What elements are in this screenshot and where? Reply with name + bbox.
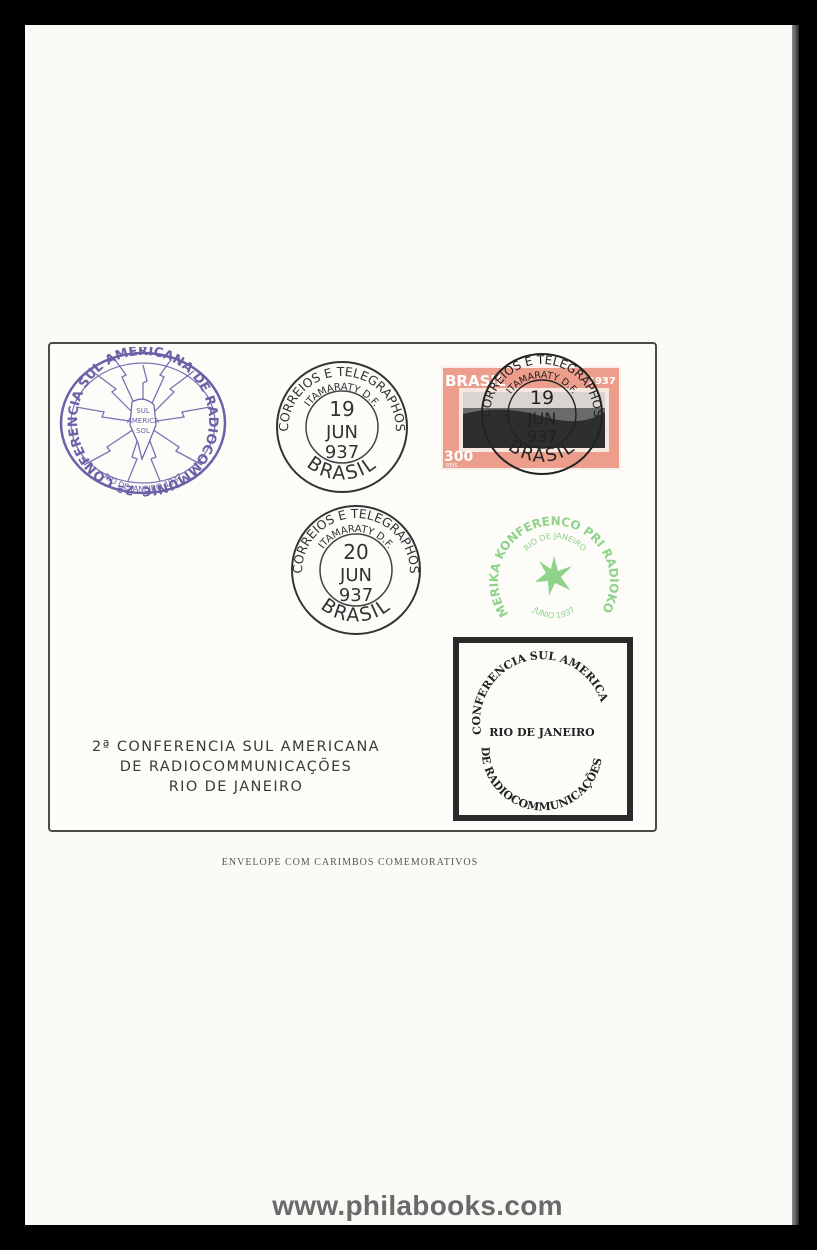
postmark-19-jun: CORREIOS E TELEGRAPHOS ITAMARATY D.F. BR…: [272, 358, 412, 496]
violet-conference-cachet: 2ª CONFERENCIA SUL AMERICANA DE RADIOCOM…: [52, 347, 234, 499]
svg-text:JUN: JUN: [325, 422, 358, 443]
svg-text:19: 19: [530, 387, 554, 409]
cachet-line-2: DE RADIOCOMMUNICAÇÕES: [66, 757, 406, 777]
green-esperanto-cachet: DUA SUDAMERIKA KONFERENCO PRI RADIOKOMUN…: [484, 510, 624, 640]
boxed-conference-cachet: 2ª CONFERENCIA SUL AMERICANA RIO DE JANE…: [452, 636, 634, 822]
svg-text:AMERICA: AMERICA: [127, 417, 159, 425]
cachet-line-1: 2ª CONFERENCIA SUL AMERICANA: [66, 737, 406, 757]
envelope-cachet-text: 2ª CONFERENCIA SUL AMERICANA DE RADIOCOM…: [66, 737, 406, 797]
svg-text:937: 937: [325, 442, 359, 463]
postmark-20-jun: CORREIOS E TELEGRAPHOS ITAMARATY D.F. BR…: [286, 502, 426, 638]
svg-text:RÉIS: RÉIS: [446, 461, 457, 469]
svg-text:937: 937: [339, 585, 373, 606]
svg-text:RIO DE JANEIRO: RIO DE JANEIRO: [522, 531, 588, 553]
svg-text:SUL: SUL: [136, 407, 150, 415]
cachet-line-3: RIO DE JANEIRO: [66, 777, 406, 797]
svg-text:JUN: JUN: [527, 409, 556, 428]
svg-text:19: 19: [329, 397, 354, 421]
svg-text:20: 20: [343, 540, 368, 564]
svg-text:937: 937: [527, 427, 558, 446]
svg-text:JUNIO 1937: JUNIO 1937: [531, 605, 577, 621]
svg-text:2ª CONFERENCIA SUL AMERICANA: 2ª CONFERENCIA SUL AMERICANA: [452, 636, 611, 736]
green-star-icon: [535, 556, 572, 596]
svg-text:DE RADIOCOMMUNICAÇÕES: DE RADIOCOMMUNICAÇÕES: [479, 747, 605, 814]
stamp-cancellation-postmark: CORREIOS E TELEGRAPHOS ITAMARATY D.F. BR…: [472, 352, 612, 476]
page-edge-shadow: [792, 25, 799, 1225]
svg-text:RIO DE JANEIRO: RIO DE JANEIRO: [489, 726, 595, 739]
figure-caption: ENVELOPE COM CARIMBOS COMEMORATIVOS: [180, 857, 520, 868]
watermark-url: www.philabooks.com: [0, 1190, 817, 1222]
svg-text:SOL: SOL: [136, 427, 150, 435]
svg-text:JUN: JUN: [339, 565, 372, 586]
